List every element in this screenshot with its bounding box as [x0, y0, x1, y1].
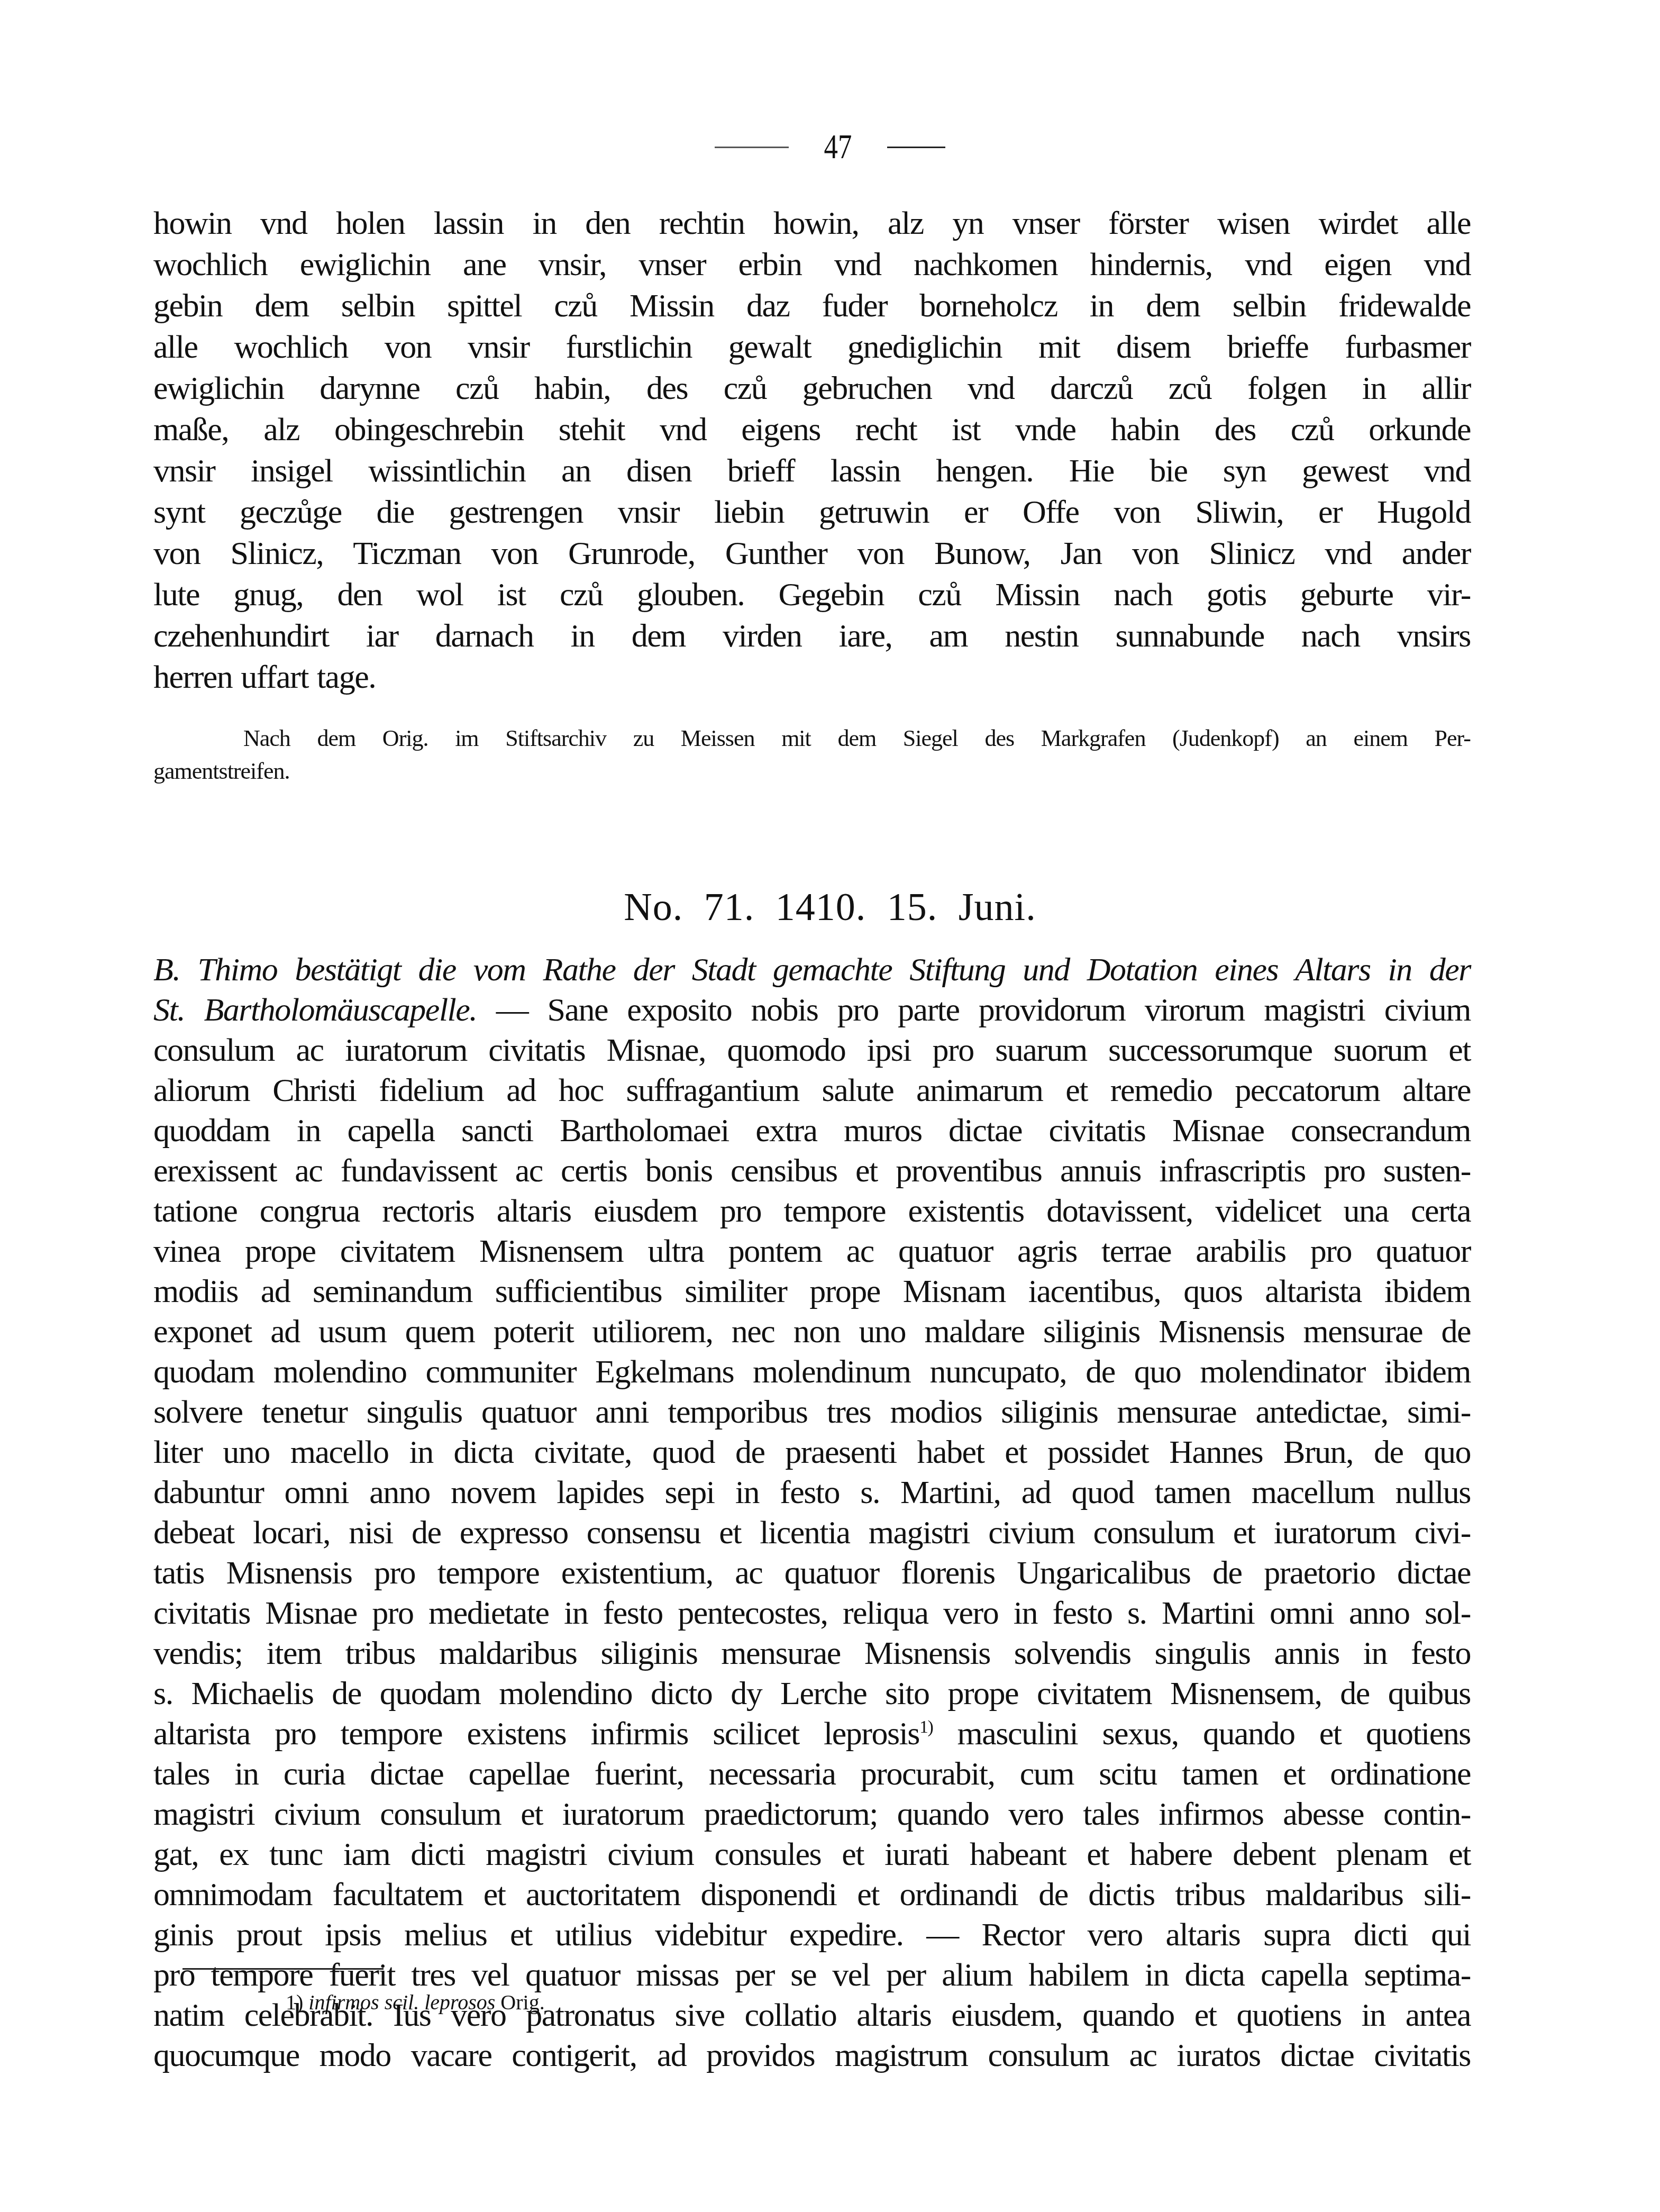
summary-italic: St. Bartholomäuscapelle.	[153, 992, 477, 1028]
charter-text-continuation: howin vnd holen lassin in den rechtin ho…	[153, 203, 1471, 698]
text-line: erexissent ac fundavissent ac certis bon…	[153, 1151, 1471, 1191]
text-line: quoddam in capella sancti Bartholomaei e…	[153, 1110, 1471, 1151]
text-line: maße, alz obingeschrebin stehit vnd eige…	[153, 409, 1471, 450]
source-note: Nach dem Orig. im Stiftsarchiv zu Meisse…	[153, 722, 1471, 788]
text-line: von Slinicz, Ticzman von Grunrode, Gunth…	[153, 533, 1471, 574]
header-rule-left	[715, 147, 789, 148]
text-line: ginis prout ipsis melius et utilius vide…	[153, 1915, 1471, 1955]
text-line: exponet ad usum quem poterit utiliorem, …	[153, 1312, 1471, 1352]
text-line: czehenhundirt iar darnach in dem virden …	[153, 615, 1471, 657]
text-line: s. Michaelis de quodam molendino dicto d…	[153, 1673, 1471, 1714]
document-heading: No. 71. 1410. 15. Juni.	[0, 884, 1660, 931]
text-line: wochlich ewiglichin ane vnsir, vnser erb…	[153, 244, 1471, 285]
text-line: lute gnug, den wol ist czů glouben. Gege…	[153, 574, 1471, 615]
text-line: modiis ad seminandum sufficientibus simi…	[153, 1271, 1471, 1312]
document-page: 47 howin vnd holen lassin in den rechtin…	[0, 0, 1660, 2212]
text-line: dabuntur omni anno novem lapides sepi in…	[153, 1472, 1471, 1513]
summary-line: St. Bartholomäuscapelle. — Sane exposito…	[153, 990, 1471, 1030]
page-header: 47	[0, 130, 1660, 165]
text-line: tatione congrua rectoris altaris eiusdem…	[153, 1191, 1471, 1231]
summary-rest: — Sane exposito nobis pro parte providor…	[477, 992, 1471, 1028]
text-line-with-footnote: altarista pro tempore existens infirmis …	[153, 1714, 1471, 1754]
footnote-number: 1)	[286, 1990, 303, 2014]
text-line: synt geczůge die gestrengen vnsir liebin…	[153, 491, 1471, 533]
text-line: gebin dem selbin spittel czů Missin daz …	[153, 285, 1471, 326]
text-line: liter uno macello in dicta civitate, quo…	[153, 1432, 1471, 1472]
text-line: herren uffart tage.	[153, 657, 1471, 698]
source-note-line: Nach dem Orig. im Stiftsarchiv zu Meisse…	[153, 722, 1471, 755]
text-before-footnote: altarista pro tempore existens infirmis …	[153, 1716, 919, 1752]
text-line: aliorum Christi fidelium ad hoc suffraga…	[153, 1070, 1471, 1110]
text-line: magistri civium consulum et iuratorum pr…	[153, 1794, 1471, 1834]
text-line: ewiglichin darynne czů habin, des czů ge…	[153, 368, 1471, 409]
footnote-divider	[183, 1968, 384, 1970]
text-line: consulum ac iuratorum civitatis Misnae, …	[153, 1030, 1471, 1070]
source-note-line: gamentstreifen.	[153, 755, 1471, 788]
text-line: gat, ex tunc iam dicti magistri civium c…	[153, 1834, 1471, 1874]
text-line: omnimodam facultatem et auctoritatem dis…	[153, 1874, 1471, 1915]
text-line: quocumque modo vacare contigerit, ad pro…	[153, 2035, 1471, 2076]
text-line: vendis; item tribus maldaribus siliginis…	[153, 1633, 1471, 1673]
footnote: 1) infirmos scil. leprosos Orig.	[286, 1989, 545, 2016]
page-number: 47	[824, 130, 852, 165]
text-line: howin vnd holen lassin in den rechtin ho…	[153, 203, 1471, 244]
text-line: solvere tenetur singulis quatuor anni te…	[153, 1392, 1471, 1432]
text-line: quodam molendino communiter Egkelmans mo…	[153, 1352, 1471, 1392]
footnote-text: infirmos scil. leprosos	[308, 1990, 495, 2014]
text-line: civitatis Misnae pro medietate in festo …	[153, 1593, 1471, 1633]
footnote-source: Orig.	[500, 1990, 544, 2014]
document-body: B. Thimo bestätigt die vom Rathe der Sta…	[153, 950, 1471, 2076]
text-line: debeat locari, nisi de expresso consensu…	[153, 1513, 1471, 1553]
text-line: tatis Misnensis pro tempore existentium,…	[153, 1553, 1471, 1593]
text-line: vinea prope civitatem Misnensem ultra po…	[153, 1231, 1471, 1271]
text-line: alle wochlich von vnsir furstlichin gewa…	[153, 326, 1471, 368]
text-line: vnsir insigel wissintlichin an disen bri…	[153, 450, 1471, 491]
text-after-footnote: masculini sexus, quando et quotiens	[933, 1716, 1471, 1752]
footnote-marker[interactable]: 1)	[919, 1717, 933, 1737]
header-rule-right	[887, 147, 945, 148]
summary-line: B. Thimo bestätigt die vom Rathe der Sta…	[153, 950, 1471, 990]
text-line: tales in curia dictae capellae fuerint, …	[153, 1754, 1471, 1794]
